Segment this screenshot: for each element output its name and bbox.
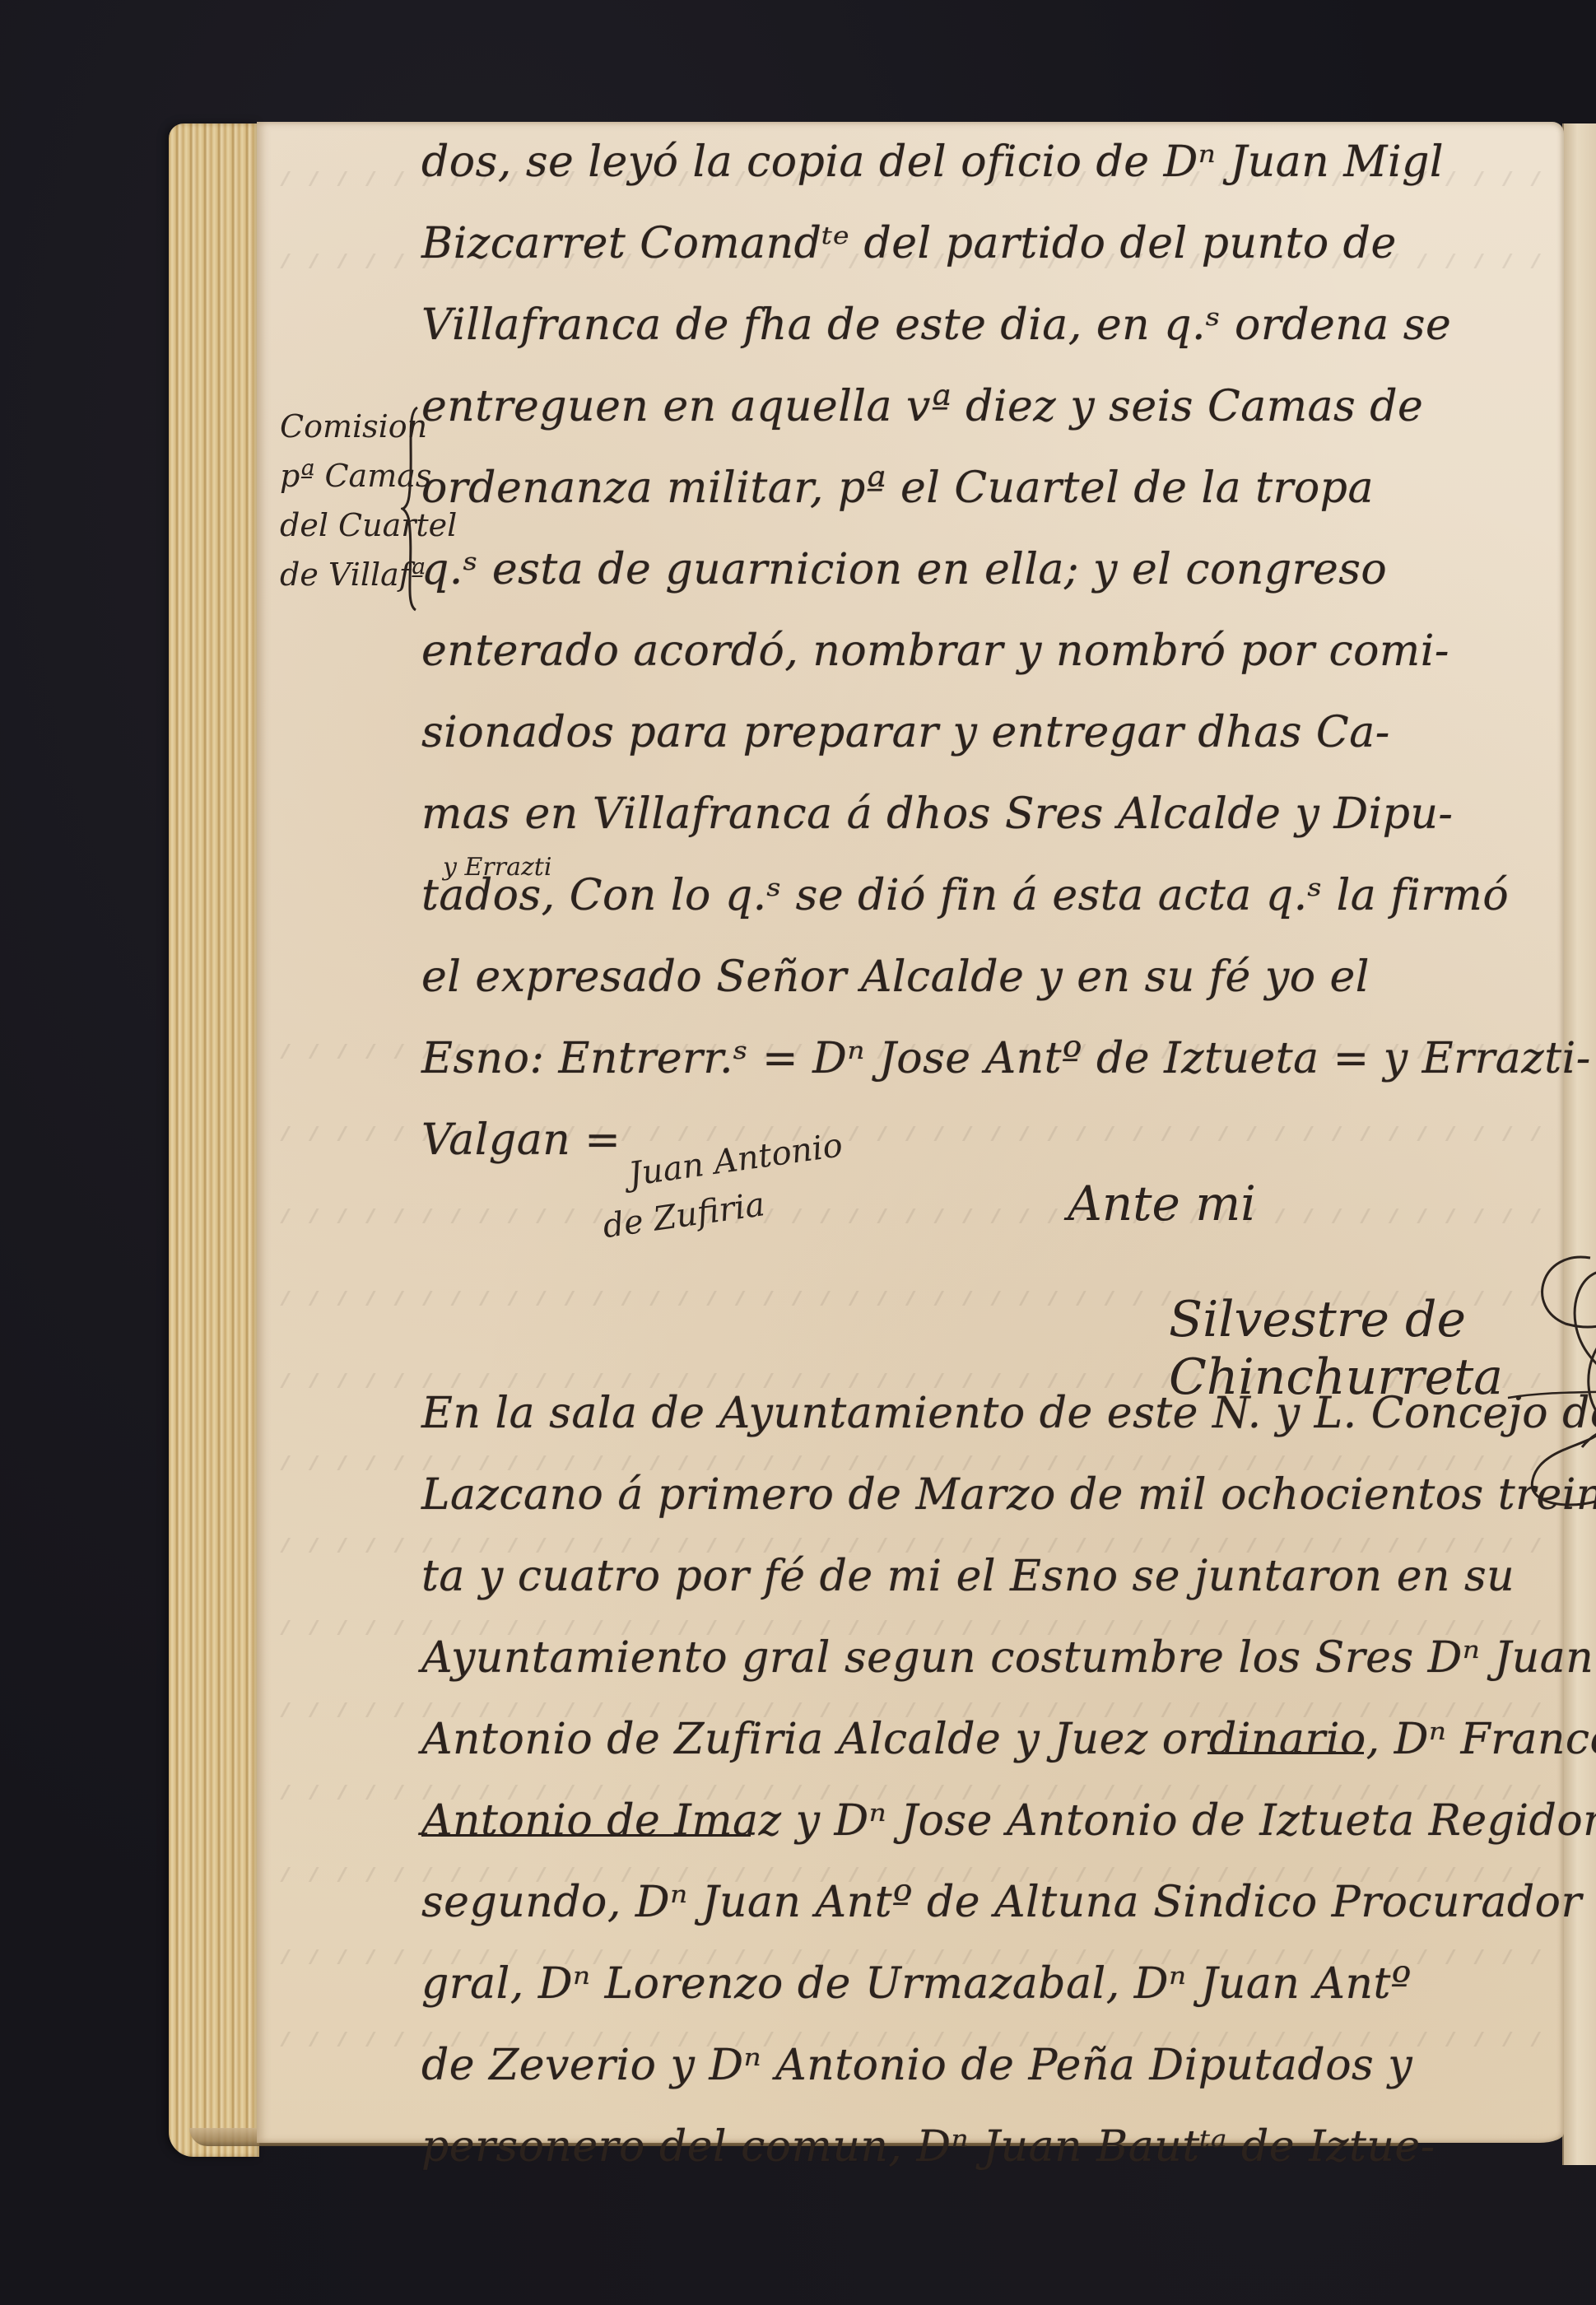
interlinear-insert: y Errazti [443,853,551,882]
manuscript-line: Ayuntamiento gral segun costumbre los Sr… [421,1618,1533,1699]
strikethrough-mark [421,1834,751,1837]
manuscript-line: de Zeverio y Dⁿ Antonio de Peña Diputado… [421,2025,1533,2107]
manuscript-line: el expresado Señor Alcalde y en su fé yo… [421,937,1533,1018]
manuscript-line: entreguen en aquella vª diez y seis Cama… [421,366,1533,448]
manuscript-line: En la sala de Ayuntamiento de este N. y … [421,1373,1533,1455]
margin-note-line: de Villafª [280,550,420,599]
manuscript-line: q.ˢ esta de guarnicion en ella; y el con… [421,529,1533,611]
margin-note: Comision pª Camas del Cuartel de Villafª [280,402,420,599]
manuscript-line: Villafranca de fha de este dia, en q.ˢ o… [421,285,1533,366]
book-page-edges [169,123,259,2157]
bleed-through [271,1208,1542,1223]
strikethrough-mark [1207,1752,1364,1754]
first-entry: dos, se leyó la copia del oficio de Dⁿ J… [421,122,1533,1181]
manuscript-line: Antonio de Imaz y Dⁿ Jose Antonio de Izt… [421,1781,1533,1862]
adjacent-page-sliver [1562,123,1596,2165]
signature-ante-mi: Ante mi [1068,1176,1256,1232]
manuscript-line: mas en Villafranca á dhos Sres Alcalde y… [421,774,1533,855]
manuscript-line: ordenanza militar, pª el Cuartel de la t… [421,448,1533,529]
manuscript-line: gral, Dⁿ Lorenzo de Urmazabal, Dⁿ Juan A… [421,1944,1533,2025]
manuscript-line: Bizcarret Comandᵗᵉ del partido del punto… [421,203,1533,285]
margin-note-line: del Cuartel [280,501,420,550]
manuscript-line: personero del comun, Dⁿ Juan Bautᵗᵃ de I… [421,2107,1533,2188]
manuscript-line: dos, se leyó la copia del oficio de Dⁿ J… [421,122,1533,203]
manuscript-line: Antonio de Zufiria Alcalde y Juez ordina… [421,1699,1533,1781]
margin-note-line: pª Camas [280,451,420,501]
manuscript-line: enterado acordó, nombrar y nombró por co… [421,611,1533,692]
manuscript-line: ta y cuatro por fé de mi el Esno se junt… [421,1536,1533,1618]
manuscript-page: Comision pª Camas del Cuartel de Villafª… [257,122,1564,2143]
margin-note-line: Comision [280,402,420,451]
second-entry: En la sala de Ayuntamiento de este N. y … [421,1373,1533,2188]
manuscript-line: tados, Con lo q.ˢ se dió fin á esta acta… [421,855,1533,937]
manuscript-line: segundo, Dⁿ Juan Antº de Altuna Sindico … [421,1862,1533,1944]
brace-icon [401,406,422,612]
manuscript-line: Esno: Entrerr.ˢ = Dⁿ Jose Antº de Iztuet… [421,1018,1533,1100]
manuscript-line: Lazcano á primero de Marzo de mil ochoci… [421,1455,1533,1536]
manuscript-line: Valgan = [421,1100,1533,1181]
manuscript-line: sionados para preparar y entregar dhas C… [421,692,1533,774]
